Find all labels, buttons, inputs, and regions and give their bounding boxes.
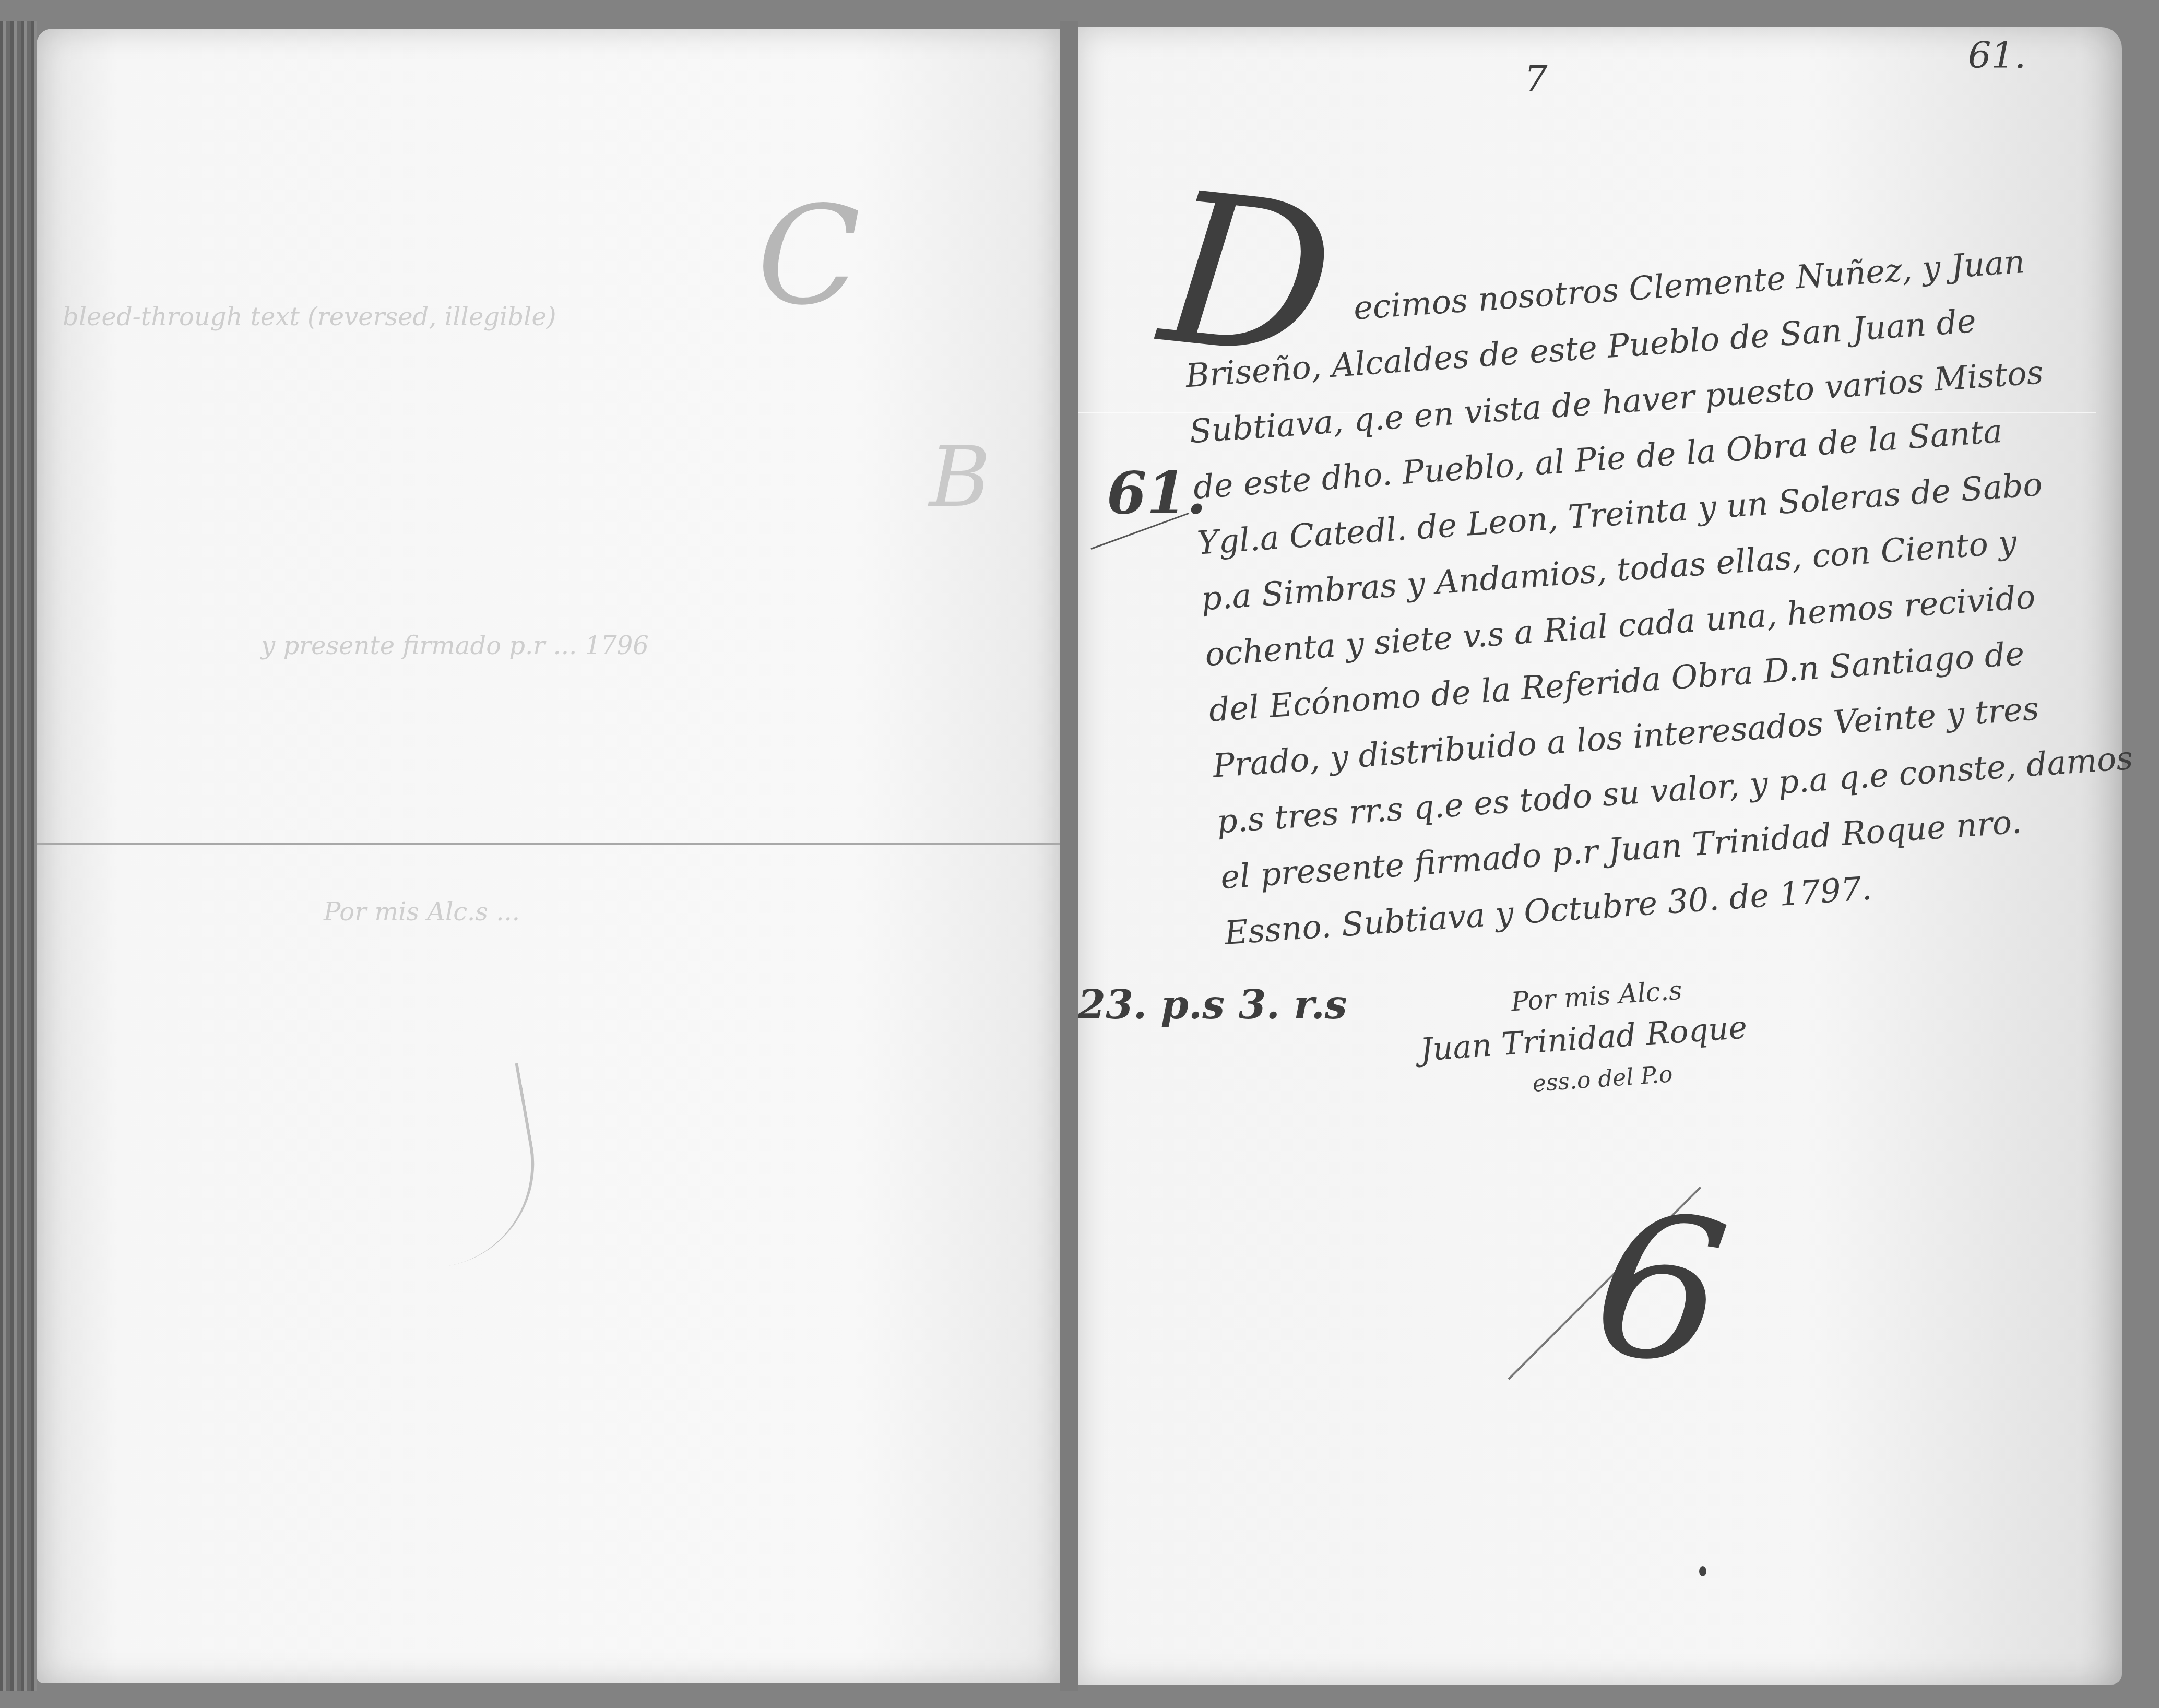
gutter xyxy=(1060,21,1078,1691)
left-page xyxy=(37,29,1060,1683)
left-page-fold xyxy=(37,843,1060,845)
bleed-through-text: bleed-through text (reversed, illegible) xyxy=(63,292,556,342)
manuscript-spread: C B bleed-through text (reversed, illegi… xyxy=(0,0,2159,1708)
margin-number: 61. xyxy=(1107,459,1206,527)
body-text: ecimos nosotros Clemente Nuñez, y Juan B… xyxy=(1180,228,2143,961)
bleed-note: bleed-through text (reversed, illegible) xyxy=(63,302,556,331)
top-mark: 7 xyxy=(1524,57,1548,100)
bleed-through-flourish: C xyxy=(757,177,861,335)
amount-total: 23. p.s 3. r.s xyxy=(1078,981,1347,1028)
signature-block: Por mis Alc.s Juan Trinidad Roque ess.o … xyxy=(1416,965,1751,1112)
ink-dot xyxy=(1699,1566,1706,1576)
bleed-through-signature: Por mis Alc.s ... xyxy=(324,887,520,937)
bleed-through-numeral: B xyxy=(929,428,991,526)
folio-number: 61. xyxy=(1968,34,2026,77)
bleed-through-text: y presente firmado p.r ... 1796 xyxy=(261,621,887,671)
binding-edge xyxy=(0,21,37,1691)
